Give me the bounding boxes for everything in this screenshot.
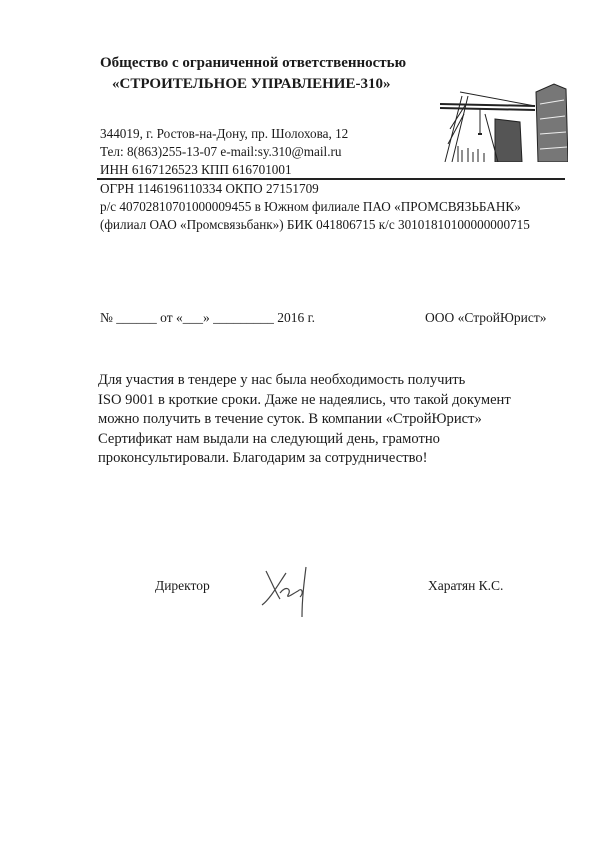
construction-crane-buildings-icon xyxy=(440,74,568,162)
phone-email: Тел: 8(863)255-13-07 e-mail:sy.310@mail.… xyxy=(100,144,342,160)
addressee: ООО «СтройЮрист» xyxy=(425,310,546,326)
reference-line: № ______ от «___» _________ 2016 г. xyxy=(100,310,315,326)
ogrn-okpo: ОГРН 1146196110334 ОКПО 27151709 xyxy=(100,181,319,197)
letter-paragraph: Для участия в тендере у нас была необход… xyxy=(98,371,568,469)
address: 344019, г. Ростов-на-Дону, пр. Шолохова,… xyxy=(100,126,348,142)
letter-body: Для участия в тендере у нас была необход… xyxy=(98,371,568,469)
org-name: «СТРОИТЕЛЬНОЕ УПРАВЛЕНИЕ-310» xyxy=(112,76,390,93)
handwritten-signature-icon xyxy=(258,563,328,618)
bank-account: р/с 40702810701000009455 в Южном филиале… xyxy=(100,199,521,215)
bank-details: (филиал ОАО «Промсвязьбанк») БИК 0418067… xyxy=(100,217,530,233)
header-divider xyxy=(97,178,565,180)
signer-name: Харатян К.С. xyxy=(428,578,503,594)
inn-kpp: ИНН 6167126523 КПП 616701001 xyxy=(100,162,292,178)
signer-position: Директор xyxy=(155,578,210,594)
org-type: Общество с ограниченной ответственностью xyxy=(100,55,406,72)
